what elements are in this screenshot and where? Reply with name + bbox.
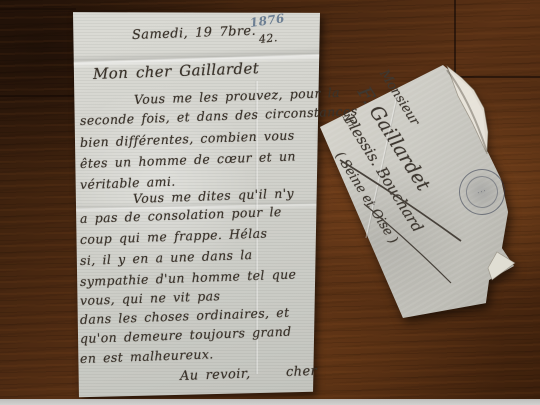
photo-letter-and-envelope-on-table: Samedi, 19 7bre. 1876 42. Mon cher Gaill… (0, 0, 540, 405)
letter-closing-word: cher (286, 364, 318, 380)
wood-plank-seam (0, 8, 76, 10)
letter-year-note-2: 42. (258, 31, 278, 46)
letter-closing: Au revoir, (180, 367, 251, 384)
photo-edge-strip (0, 399, 540, 405)
wood-plank-seam (0, 95, 74, 97)
